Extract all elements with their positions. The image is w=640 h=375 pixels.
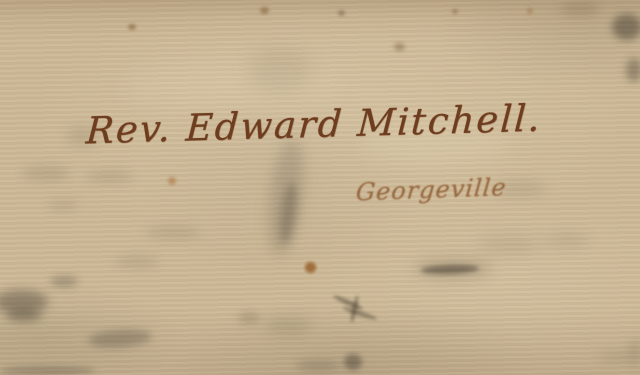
fox-spot <box>338 10 345 16</box>
fox-spot <box>527 8 533 14</box>
stain-smudge <box>560 2 600 16</box>
fox-spot <box>452 9 458 14</box>
ink-smudge <box>87 328 152 349</box>
stain-smudge <box>0 366 95 375</box>
fox-spot <box>260 7 269 14</box>
ink-smudge <box>626 58 640 82</box>
stain-smudge <box>238 312 260 324</box>
stain-smudge <box>86 170 134 183</box>
stain-smudge <box>478 236 540 254</box>
rust-spot <box>303 260 318 275</box>
ink-smudge <box>612 14 640 40</box>
stain-smudge <box>146 226 200 239</box>
stain-smudge <box>264 316 312 335</box>
fox-spot <box>394 43 405 51</box>
stain-smudge <box>116 256 158 267</box>
ink-smudge <box>50 276 78 287</box>
handwritten-place: Georgeville <box>355 173 508 206</box>
stain-smudge <box>22 166 70 181</box>
ink-smudge <box>6 309 42 322</box>
stain-smudge <box>545 234 589 247</box>
ink-smudge <box>344 354 362 370</box>
stain-smudge <box>48 200 78 211</box>
stain-smudge <box>296 360 340 371</box>
manuscript-photo: Rev. Edward Mitchell. Georgeville <box>0 0 640 375</box>
fox-spot <box>128 24 136 30</box>
stain-smudge <box>600 352 630 362</box>
stain-smudge <box>628 340 640 366</box>
fox-spot <box>168 177 176 185</box>
